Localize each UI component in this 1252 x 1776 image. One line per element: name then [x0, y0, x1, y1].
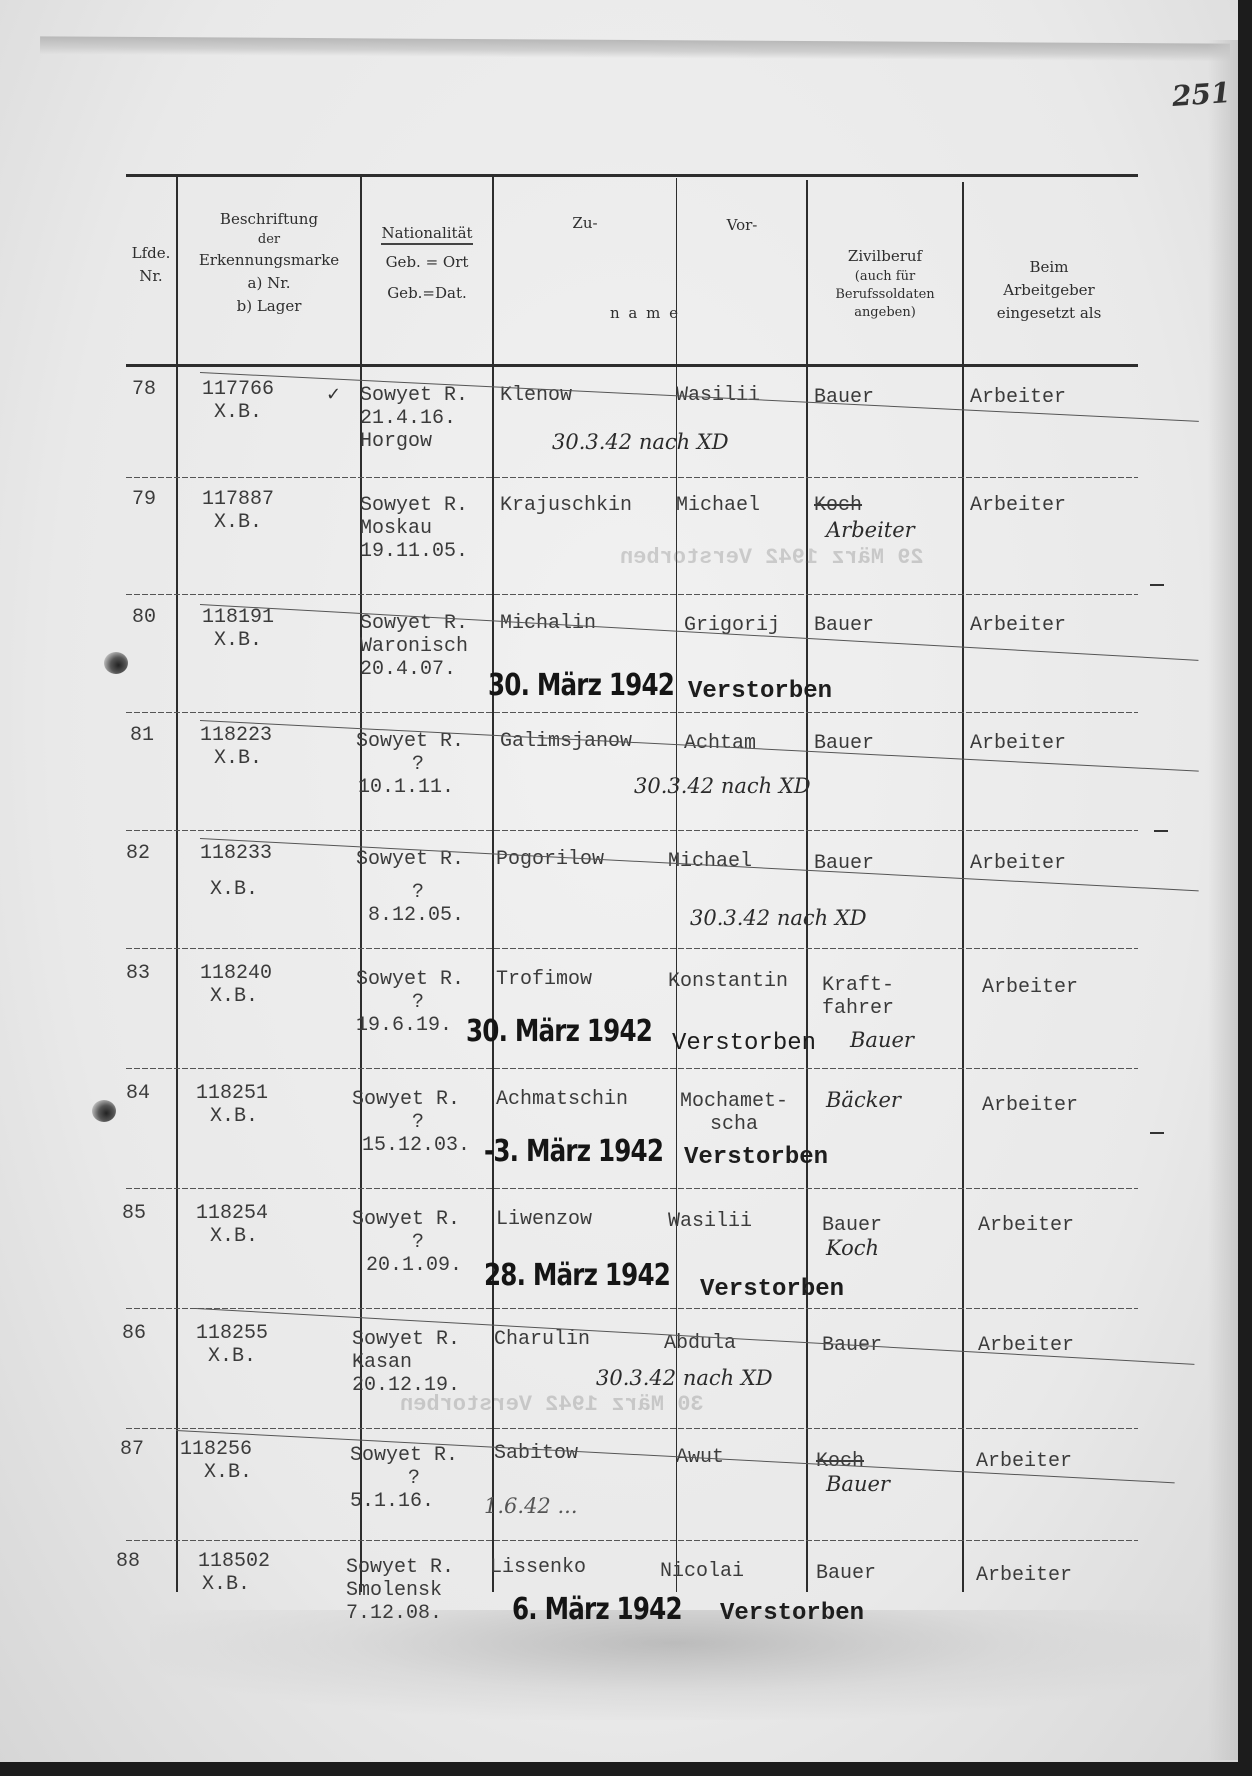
lager: X.B.: [210, 878, 258, 901]
header-text: Arbeitgeber: [964, 279, 1134, 302]
employment-role: Arbeiter: [978, 1214, 1074, 1237]
row-divider: [126, 1188, 1138, 1189]
header-text: angeben): [808, 304, 962, 322]
birth-date: 21.4.16.: [360, 407, 456, 430]
lager: X.B.: [202, 1573, 250, 1596]
margin-mark: [1154, 830, 1168, 832]
handwritten-transfer-note: 30.3.42 nach XD: [690, 906, 867, 930]
row-number: 84: [126, 1082, 150, 1105]
nationality: Sowyet R.: [352, 1208, 460, 1231]
birth-place: Kasan: [352, 1351, 412, 1374]
death-date-stamp: 28. März 1942: [484, 1258, 670, 1293]
header-lfd-nr: Lfde. Nr.: [126, 242, 176, 288]
employment-role: Arbeiter: [976, 1564, 1072, 1587]
table-header-border: [126, 364, 1138, 367]
surname: Sabitow: [494, 1442, 578, 1465]
birth-place: Horgow: [360, 430, 432, 453]
marke-number: 118502: [198, 1550, 270, 1573]
handwritten-occupation-correction: Arbeiter: [826, 518, 915, 542]
marke-number: 118233: [200, 842, 272, 865]
employment-role: Arbeiter: [970, 732, 1066, 755]
surname: Pogorilow: [496, 848, 604, 871]
row-divider: [126, 594, 1138, 595]
header-text: Geb. = Ort: [362, 251, 492, 274]
paper-right-shadow: [1208, 40, 1238, 1760]
marke-number: 117887: [202, 488, 274, 511]
deceased-stamp: Verstorben: [672, 1030, 816, 1057]
row-number: 79: [132, 488, 156, 511]
handwritten-occupation-correction: Bauer: [826, 1472, 890, 1496]
birth-date: 19.6.19.: [356, 1014, 452, 1037]
first-name: Konstantin: [668, 970, 788, 993]
scan-border-right: [1238, 0, 1252, 1776]
marke-number: 117766: [202, 378, 274, 401]
birth-place: ?: [412, 1111, 424, 1134]
birth-date: 10.1.11.: [358, 776, 454, 799]
birth-place: ?: [412, 753, 424, 776]
birth-place: Waronisch: [360, 635, 468, 658]
row-number: 83: [126, 962, 150, 985]
marke-number: 118251: [196, 1082, 268, 1105]
occupation: Koch: [814, 494, 862, 517]
header-text: a) Nr.: [178, 272, 360, 295]
punch-hole-icon: [92, 1100, 116, 1122]
handwritten-transfer-note: 30.3.42 nach XD: [634, 774, 811, 798]
row-number: 87: [120, 1438, 144, 1461]
scan-border-bottom: [0, 1762, 1252, 1776]
marke-number: 118255: [196, 1322, 268, 1345]
marke-number: 118240: [200, 962, 272, 985]
nationality: Sowyet R.: [352, 1328, 460, 1351]
faded-stamp: 29 März 1942 Verstorben: [620, 545, 924, 570]
margin-mark: [1150, 584, 1164, 586]
occupation: Bauer: [816, 1562, 876, 1585]
row-number: 78: [132, 378, 156, 401]
row-number: 88: [116, 1550, 140, 1573]
row-divider: [126, 712, 1138, 713]
birth-place: Smolensk: [346, 1579, 442, 1602]
occupation: Kraft- fahrer: [822, 974, 894, 1020]
surname: Krajuschkin: [500, 494, 632, 517]
lager: X.B.: [210, 1105, 258, 1128]
birth-place: ?: [408, 1467, 420, 1490]
header-text: Berufssoldaten: [808, 286, 962, 304]
marke-number: 118254: [196, 1202, 268, 1225]
birth-date: 19.11.05.: [360, 540, 468, 563]
marke-number: 118191: [202, 606, 274, 629]
occupation: Koch: [816, 1450, 864, 1473]
employment-role: Arbeiter: [970, 852, 1066, 875]
surname: Trofimow: [496, 968, 592, 991]
row-number: 80: [132, 606, 156, 629]
lager: X.B.: [210, 985, 258, 1008]
surname: Lissenko: [490, 1556, 586, 1579]
header-text: b) Lager: [178, 295, 360, 318]
birth-place: ?: [412, 1231, 424, 1254]
row-divider: [126, 948, 1138, 949]
first-name: Michael: [676, 494, 760, 517]
header-zuname: Zu-: [494, 212, 676, 235]
death-date-stamp: 6. März 1942: [512, 1592, 682, 1627]
birth-place: ?: [412, 881, 424, 904]
row-number: 81: [130, 724, 154, 747]
birth-date: 8.12.05.: [368, 904, 464, 927]
nationality: Sowyet R.: [356, 968, 464, 991]
margin-mark: [1150, 1132, 1164, 1134]
header-text: Zivilberuf: [808, 245, 962, 268]
employment-role: Arbeiter: [976, 1450, 1072, 1473]
header-eingesetzt-als: Beim Arbeitgeber eingesetzt als: [964, 256, 1134, 325]
birth-date: 20.4.07.: [360, 658, 456, 681]
table-top-border: [126, 174, 1138, 177]
nationality: Sowyet R.: [352, 1088, 460, 1111]
paper-top-edge: [40, 36, 1230, 61]
first-name: Achtam: [684, 732, 756, 755]
header-text: Beim: [964, 256, 1134, 279]
birth-place: Moskau: [360, 517, 432, 540]
header-text: Erkennungsmarke: [178, 249, 360, 272]
header-text: Beschriftung: [178, 208, 360, 231]
scanned-page: 251 Lfde. Nr. Beschriftung der Erkennung…: [0, 0, 1252, 1776]
employment-role: Arbeiter: [982, 1094, 1078, 1117]
row-divider: [126, 1428, 1138, 1429]
punch-hole-icon: [104, 652, 128, 674]
header-text: Lfde.: [126, 242, 176, 265]
header-text: Geb.=Dat.: [362, 282, 492, 305]
birth-place: ?: [412, 991, 424, 1014]
row-number: 85: [122, 1202, 146, 1225]
employment-role: Arbeiter: [970, 614, 1066, 637]
handwritten-transfer-note: 30.3.42 nach XD: [552, 430, 729, 454]
lager: X.B.: [214, 511, 262, 534]
first-name: Mochamet- scha: [664, 1090, 804, 1136]
deceased-stamp: Verstorben: [688, 678, 832, 705]
header-erkennungsmarke: Beschriftung der Erkennungsmarke a) Nr. …: [178, 208, 360, 318]
employment-role: Arbeiter: [970, 386, 1066, 409]
checkmark-icon: ✓: [326, 384, 341, 405]
row-divider: [126, 1068, 1138, 1069]
handwritten-occupation-correction: Koch: [826, 1236, 879, 1260]
header-vorname: Vor-: [678, 214, 806, 237]
surname: Charulin: [494, 1328, 590, 1351]
handwritten-transfer-note: 30.3.42 nach XD: [596, 1366, 773, 1390]
birth-date: 5.1.16.: [350, 1490, 434, 1513]
birth-date: 20.1.09.: [366, 1254, 462, 1277]
first-name: Nicolai: [660, 1560, 744, 1583]
marke-number: 118256: [180, 1438, 252, 1461]
row-divider: [126, 1308, 1138, 1309]
death-date-stamp: 30. März 1942: [488, 668, 674, 703]
header-text: Nr.: [126, 265, 176, 288]
lager: X.B.: [214, 629, 262, 652]
header-zivilberuf: Zivilberuf (auch für Berufssoldaten ange…: [808, 245, 962, 322]
row-number: 82: [126, 842, 150, 865]
faded-stamp: 30 März 1942 Verstorben: [400, 1392, 704, 1417]
lager: X.B.: [210, 1225, 258, 1248]
row-divider: [126, 1540, 1138, 1541]
header-nationalitaet: Nationalität Geb. = Ort Geb.=Dat.: [362, 222, 492, 305]
column-divider: [176, 176, 178, 1592]
lager: X.B.: [214, 401, 262, 424]
employment-role: Arbeiter: [982, 976, 1078, 999]
marke-number: 118223: [200, 724, 272, 747]
page-number: 251: [1171, 76, 1232, 113]
header-text: (auch für: [808, 268, 962, 286]
column-divider: [962, 182, 964, 1592]
deceased-stamp: Verstorben: [700, 1276, 844, 1303]
row-number: 86: [122, 1322, 146, 1345]
handwritten-note: 1.6.42 ...: [484, 1494, 578, 1518]
occupation: Bauer: [822, 1214, 882, 1237]
nationality: Sowyet R.: [350, 1444, 458, 1467]
header-text: Nationalität: [381, 224, 472, 245]
nationality: Sowyet R.: [360, 494, 468, 517]
birth-date: 15.12.03.: [362, 1134, 470, 1157]
birth-date: 7.12.08.: [346, 1602, 442, 1625]
first-name: Wasilii: [668, 1210, 752, 1233]
handwritten-occupation-correction: Bauer: [850, 1028, 914, 1052]
column-divider: [492, 176, 494, 1592]
first-name: Michael: [668, 850, 752, 873]
employment-role: Arbeiter: [970, 494, 1066, 517]
surname: Achmatschin: [496, 1088, 628, 1111]
header-name-suffix: n a m e: [580, 302, 710, 325]
header-text: eingesetzt als: [964, 302, 1134, 325]
death-date-stamp: 30. März 1942: [466, 1014, 652, 1049]
occupation: Bäcker: [826, 1088, 901, 1112]
deceased-stamp: Verstorben: [720, 1600, 864, 1627]
lager: X.B.: [204, 1461, 252, 1484]
column-divider: [806, 180, 808, 1592]
row-divider: [126, 477, 1138, 478]
header-text: der: [178, 231, 360, 249]
row-divider: [126, 830, 1138, 831]
death-date-stamp: -3. März 1942: [484, 1134, 663, 1169]
occupation: Bauer: [814, 614, 874, 637]
lager: X.B.: [214, 747, 262, 770]
lager: X.B.: [208, 1345, 256, 1368]
nationality: Sowyet R.: [360, 384, 468, 407]
deceased-stamp: Verstorben: [684, 1144, 828, 1171]
surname: Liwenzow: [496, 1208, 592, 1231]
nationality: Sowyet R.: [346, 1556, 454, 1579]
